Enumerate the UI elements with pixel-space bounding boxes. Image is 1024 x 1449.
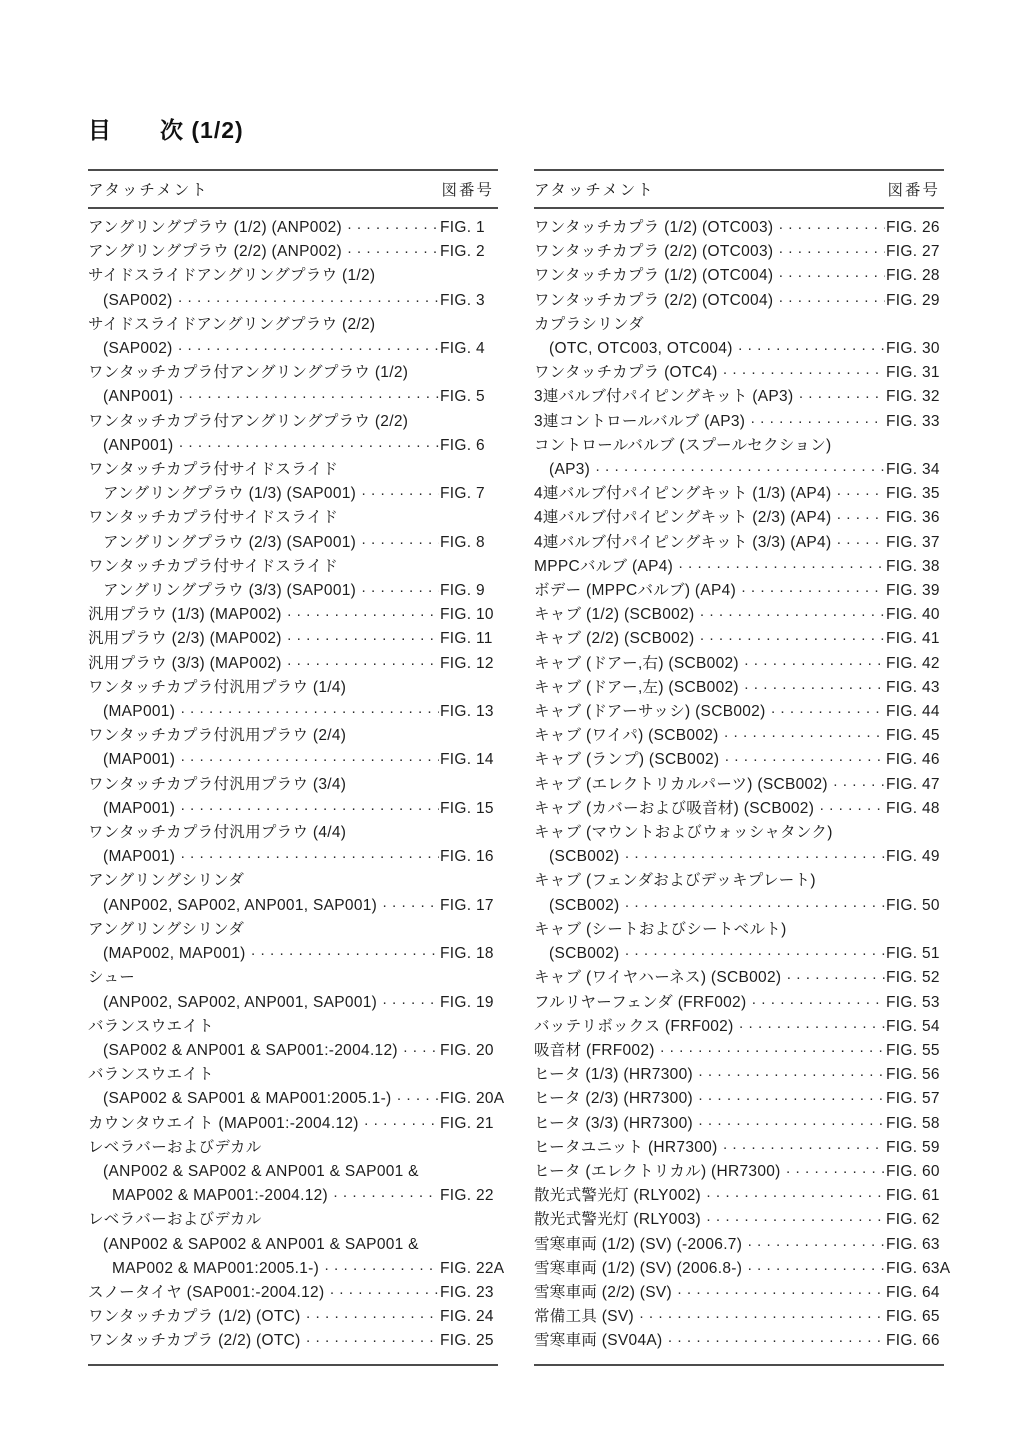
entry-fig-number: FIG. 48 — [886, 797, 944, 821]
toc-entry-line: 吸音材 (FRF002)FIG. 55 — [534, 1039, 944, 1063]
entry-fig-number: FIG. 10 — [440, 603, 498, 627]
dot-leader — [639, 1305, 885, 1329]
entry-fig-number: FIG. 22 — [440, 1184, 498, 1208]
dot-leader — [180, 845, 439, 869]
toc-entry-line: キャブ (ワイヤハーネス) (SCB002)FIG. 52 — [534, 966, 944, 990]
entry-label: アングリングプラウ (3/3) (SAP001) — [103, 579, 356, 603]
dot-leader — [333, 1184, 439, 1208]
toc-entry-line: アングリングシリンダ — [88, 918, 498, 942]
entry-fig-number: FIG. 17 — [440, 894, 498, 918]
dot-leader — [741, 579, 885, 603]
entry-label: 散光式警光灯 (RLY002) — [534, 1184, 701, 1208]
entry-fig-number: FIG. 62 — [886, 1208, 944, 1232]
dot-leader — [287, 603, 439, 627]
entry-fig-number: FIG. 26 — [886, 216, 944, 240]
entry-label: ボデー (MPPCバルブ) (AP4) — [534, 579, 736, 603]
entry-fig-number: FIG. 6 — [440, 434, 498, 458]
entry-label: 汎用プラウ (1/3) (MAP002) — [88, 603, 282, 627]
entry-fig-number: FIG. 45 — [886, 724, 944, 748]
toc-entry-line: ヒータユニット (HR7300)FIG. 59 — [534, 1136, 944, 1160]
entry-fig-number: FIG. 27 — [886, 240, 944, 264]
toc-entry: ワンタッチカプラ (1/2) (OTC004)FIG. 28 — [534, 264, 944, 288]
toc-entry: レベラバーおよびデカル(ANP002 & SAP002 & ANP001 & S… — [88, 1208, 498, 1281]
dot-leader — [251, 942, 439, 966]
entry-label: ワンタッチカプラ (1/2) (OTC003) — [534, 216, 773, 240]
entry-fig-number: FIG. 57 — [886, 1087, 944, 1111]
column-header: アタッチメント 図番号 — [534, 171, 944, 209]
dot-leader — [836, 506, 885, 530]
dot-leader — [178, 337, 439, 361]
dot-leader — [180, 700, 439, 724]
toc-entry: ワンタッチカプラ (1/2) (OTC003)FIG. 26 — [534, 216, 944, 240]
entry-label: 雪寒車両 (2/2) (SV) — [534, 1281, 672, 1305]
entry-label: ワンタッチカプラ (1/2) (OTC) — [88, 1305, 301, 1329]
dot-leader — [723, 1136, 885, 1160]
toc-entry-line: バッテリボックス (FRF002)FIG. 54 — [534, 1015, 944, 1039]
toc-entry-line: (ANP001)FIG. 5 — [88, 385, 498, 409]
entry-label: ワンタッチカプラ (2/2) (OTC003) — [534, 240, 773, 264]
toc-entry-line: (OTC, OTC003, OTC004)FIG. 30 — [534, 337, 944, 361]
toc-entry-line: アングリングプラウ (3/3) (SAP001)FIG. 9 — [88, 579, 498, 603]
toc-entry: スノータイヤ (SAP001:-2004.12)FIG. 23 — [88, 1281, 498, 1305]
toc-entry-line: 4連バルブ付パイピングキット (1/3) (AP4)FIG. 35 — [534, 482, 944, 506]
toc-entry-line: ワンタッチカプラ付アングリングプラウ (1/2) — [88, 361, 498, 385]
toc-entry-line: ワンタッチカプラ (1/2) (OTC004)FIG. 28 — [534, 264, 944, 288]
entry-fig-number: FIG. 35 — [886, 482, 944, 506]
entry-fig-number: FIG. 63 — [886, 1233, 944, 1257]
toc-entry-line: コントロールバルブ (スプールセクション) — [534, 434, 944, 458]
dot-leader — [771, 700, 885, 724]
dot-leader — [624, 845, 885, 869]
entry-label: キャブ (ドアー,左) (SCB002) — [534, 676, 739, 700]
entry-fig-number: FIG. 59 — [886, 1136, 944, 1160]
dot-leader — [744, 652, 885, 676]
toc-entry-line: ワンタッチカプラ付汎用プラウ (2/4) — [88, 724, 498, 748]
dot-leader — [382, 894, 439, 918]
toc-entry-line: (SAP002)FIG. 3 — [88, 289, 498, 313]
toc-entry-line: サイドスライドアングリングプラウ (2/2) — [88, 313, 498, 337]
entry-label: ワンタッチカプラ (OTC4) — [534, 361, 718, 385]
toc-entry: ワンタッチカプラ付汎用プラウ (3/4)(MAP001)FIG. 15 — [88, 773, 498, 821]
entry-fig-number: FIG. 52 — [886, 966, 944, 990]
toc-entry-line: (AP3)FIG. 34 — [534, 458, 944, 482]
dot-leader — [178, 385, 439, 409]
toc-entry: ワンタッチカプラ付サイドスライドアングリングプラウ (2/3) (SAP001)… — [88, 506, 498, 554]
toc-entry-line: ワンタッチカプラ (2/2) (OTC003)FIG. 27 — [534, 240, 944, 264]
entry-label: (MAP001) — [103, 700, 175, 724]
dot-leader — [744, 676, 885, 700]
dot-leader — [403, 1039, 439, 1063]
dot-leader — [382, 991, 439, 1015]
toc-entry: 常備工具 (SV)FIG. 65 — [534, 1305, 944, 1329]
toc-entry: キャブ (1/2) (SCB002)FIG. 40 — [534, 603, 944, 627]
entry-label: ヒータ (1/3) (HR7300) — [534, 1063, 693, 1087]
toc-entry-line: ワンタッチカプラ (2/2) (OTC004)FIG. 29 — [534, 289, 944, 313]
toc-columns: アタッチメント 図番号 アングリングプラウ (1/2) (ANP002)FIG.… — [88, 169, 944, 1366]
entry-label: キャブ (エレクトリカルパーツ) (SCB002) — [534, 773, 828, 797]
toc-entry-line: キャブ (ランプ) (SCB002)FIG. 46 — [534, 748, 944, 772]
toc-entry: ワンタッチカプラ (1/2) (OTC)FIG. 24 — [88, 1305, 498, 1329]
dot-leader — [678, 555, 885, 579]
toc-entry-line: 雪寒車両 (1/2) (SV) (2006.8-)FIG. 63A — [534, 1257, 944, 1281]
entry-label: 4連バルブ付パイピングキット (1/3) (AP4) — [534, 482, 831, 506]
toc-entry-line: ワンタッチカプラ付サイドスライド — [88, 458, 498, 482]
toc-entry: キャブ (シートおよびシートベルト)(SCB002)FIG. 51 — [534, 918, 944, 966]
toc-entry-line: ワンタッチカプラ付汎用プラウ (3/4) — [88, 773, 498, 797]
entry-label: キャブ (カバーおよび吸音材) (SCB002) — [534, 797, 814, 821]
toc-entry: キャブ (エレクトリカルパーツ) (SCB002)FIG. 47 — [534, 773, 944, 797]
dot-leader — [180, 797, 439, 821]
entry-label: 散光式警光灯 (RLY003) — [534, 1208, 701, 1232]
entry-fig-number: FIG. 43 — [886, 676, 944, 700]
dot-leader — [624, 894, 885, 918]
toc-entry-line: ヒータ (2/3) (HR7300)FIG. 57 — [534, 1087, 944, 1111]
entry-fig-number: FIG. 14 — [440, 748, 498, 772]
dot-leader — [706, 1208, 885, 1232]
entry-label: (ANP001) — [103, 385, 173, 409]
dot-leader — [397, 1087, 439, 1111]
entry-fig-number: FIG. 2 — [440, 240, 498, 264]
toc-entry: ヒータ (3/3) (HR7300)FIG. 58 — [534, 1112, 944, 1136]
entry-fig-number: FIG. 23 — [440, 1281, 498, 1305]
dot-leader — [778, 216, 885, 240]
toc-entry-line: ワンタッチカプラ (1/2) (OTC003)FIG. 26 — [534, 216, 944, 240]
entry-fig-number: FIG. 46 — [886, 748, 944, 772]
toc-entry-line: 雪寒車両 (2/2) (SV)FIG. 64 — [534, 1281, 944, 1305]
toc-entry: キャブ (フェンダおよびデッキプレート)(SCB002)FIG. 50 — [534, 869, 944, 917]
toc-entry: サイドスライドアングリングプラウ (1/2)(SAP002)FIG. 3 — [88, 264, 498, 312]
toc-entry-line: (MAP001)FIG. 16 — [88, 845, 498, 869]
toc-entry: MPPCバルブ (AP4)FIG. 38 — [534, 555, 944, 579]
fig-number-header-label: 図番号 — [887, 178, 940, 200]
toc-entry: 雪寒車両 (1/2) (SV) (2006.8-)FIG. 63A — [534, 1257, 944, 1281]
toc-entry: 雪寒車両 (1/2) (SV) (-2006.7)FIG. 63 — [534, 1233, 944, 1257]
toc-entry-line: 3連バルブ付パイピングキット (AP3)FIG. 32 — [534, 385, 944, 409]
entry-fig-number: FIG. 36 — [886, 506, 944, 530]
dot-leader — [287, 627, 439, 651]
toc-entry: ワンタッチカプラ (2/2) (OTC)FIG. 25 — [88, 1329, 498, 1353]
dot-leader — [750, 410, 885, 434]
toc-entry-line: (SAP002)FIG. 4 — [88, 337, 498, 361]
toc-entry-line: ワンタッチカプラ付サイドスライド — [88, 506, 498, 530]
entry-fig-number: FIG. 9 — [440, 579, 498, 603]
toc-entry: バッテリボックス (FRF002)FIG. 54 — [534, 1015, 944, 1039]
dot-leader — [329, 1281, 439, 1305]
toc-entry: 4連バルブ付パイピングキット (2/3) (AP4)FIG. 36 — [534, 506, 944, 530]
entry-fig-number: FIG. 37 — [886, 531, 944, 555]
toc-entry-line: キャブ (2/2) (SCB002)FIG. 41 — [534, 627, 944, 651]
entry-label: (ANP002, SAP002, ANP001, SAP001) — [103, 894, 377, 918]
dot-leader — [660, 1039, 885, 1063]
entry-fig-number: FIG. 15 — [440, 797, 498, 821]
toc-entry: 汎用プラウ (2/3) (MAP002)FIG. 11 — [88, 627, 498, 651]
entry-label: ヒータ (3/3) (HR7300) — [534, 1112, 693, 1136]
dot-leader — [287, 652, 439, 676]
dot-leader — [595, 458, 885, 482]
entry-label: キャブ (ドアーサッシ) (SCB002) — [534, 700, 766, 724]
entry-label: (SAP002) — [103, 289, 173, 313]
entry-label: (SCB002) — [549, 845, 619, 869]
toc-entry-line: (MAP001)FIG. 13 — [88, 700, 498, 724]
toc-entry-line: ワンタッチカプラ付汎用プラウ (4/4) — [88, 821, 498, 845]
attachment-header-label: アタッチメント — [88, 178, 209, 200]
entry-label: (ANP001) — [103, 434, 173, 458]
toc-entry-line: 常備工具 (SV)FIG. 65 — [534, 1305, 944, 1329]
toc-entry-line: (MAP001)FIG. 14 — [88, 748, 498, 772]
toc-entry-line: (SAP002 & ANP001 & SAP001:-2004.12)FIG. … — [88, 1039, 498, 1063]
entry-fig-number: FIG. 5 — [440, 385, 498, 409]
entry-fig-number: FIG. 49 — [886, 845, 944, 869]
entry-fig-number: FIG. 61 — [886, 1184, 944, 1208]
entry-fig-number: FIG. 64 — [886, 1281, 944, 1305]
entry-fig-number: FIG. 32 — [886, 385, 944, 409]
dot-leader — [178, 289, 439, 313]
toc-entry: キャブ (ドアー,右) (SCB002)FIG. 42 — [534, 652, 944, 676]
entry-fig-number: FIG. 21 — [440, 1112, 498, 1136]
entry-label: アングリングプラウ (2/3) (SAP001) — [103, 531, 356, 555]
dot-leader — [738, 337, 885, 361]
toc-entry: 3連バルブ付パイピングキット (AP3)FIG. 32 — [534, 385, 944, 409]
toc-entry-list: アングリングプラウ (1/2) (ANP002)FIG. 1アングリングプラウ … — [88, 209, 498, 1364]
toc-entry-line: 散光式警光灯 (RLY003)FIG. 62 — [534, 1208, 944, 1232]
dot-leader — [819, 797, 885, 821]
entry-label: ヒータ (エレクトリカル) (HR7300) — [534, 1160, 781, 1184]
toc-entry: キャブ (カバーおよび吸音材) (SCB002)FIG. 48 — [534, 797, 944, 821]
entry-label: アングリングプラウ (2/2) (ANP002) — [88, 240, 342, 264]
toc-entry-line: キャブ (ワイパ) (SCB002)FIG. 45 — [534, 724, 944, 748]
entry-label: キャブ (1/2) (SCB002) — [534, 603, 694, 627]
entry-label: キャブ (ワイヤハーネス) (SCB002) — [534, 966, 781, 990]
dot-leader — [180, 748, 439, 772]
entry-label: (MAP002, MAP001) — [103, 942, 246, 966]
entry-label: 雪寒車両 (1/2) (SV) (2006.8-) — [534, 1257, 742, 1281]
toc-entry: 3連コントロールバルブ (AP3)FIG. 33 — [534, 410, 944, 434]
dot-leader — [178, 434, 439, 458]
toc-entry: キャブ (2/2) (SCB002)FIG. 41 — [534, 627, 944, 651]
toc-entry-line: バランスウエイト — [88, 1063, 498, 1087]
entry-label: (AP3) — [549, 458, 590, 482]
entry-fig-number: FIG. 31 — [886, 361, 944, 385]
entry-label: 常備工具 (SV) — [534, 1305, 634, 1329]
entry-label: スノータイヤ (SAP001:-2004.12) — [88, 1281, 324, 1305]
dot-leader — [306, 1329, 439, 1353]
dot-leader — [739, 1015, 885, 1039]
entry-fig-number: FIG. 58 — [886, 1112, 944, 1136]
toc-entry: 吸音材 (FRF002)FIG. 55 — [534, 1039, 944, 1063]
toc-entry: レベラバーおよびデカル(ANP002 & SAP002 & ANP001 & S… — [88, 1136, 498, 1209]
toc-entry-line: (SCB002)FIG. 51 — [534, 942, 944, 966]
toc-entry: 雪寒車両 (2/2) (SV)FIG. 64 — [534, 1281, 944, 1305]
entry-fig-number: FIG. 33 — [886, 410, 944, 434]
entry-label: ヒータユニット (HR7300) — [534, 1136, 718, 1160]
dot-leader — [836, 482, 885, 506]
toc-entry-line: (SCB002)FIG. 50 — [534, 894, 944, 918]
toc-entry-line: 4連バルブ付パイピングキット (3/3) (AP4)FIG. 37 — [534, 531, 944, 555]
dot-leader — [624, 942, 885, 966]
toc-entry-line: キャブ (エレクトリカルパーツ) (SCB002)FIG. 47 — [534, 773, 944, 797]
entry-label: (SCB002) — [549, 942, 619, 966]
dot-leader — [751, 991, 885, 1015]
toc-entry-line: サイドスライドアングリングプラウ (1/2) — [88, 264, 498, 288]
dot-leader — [698, 1087, 885, 1111]
toc-entry: サイドスライドアングリングプラウ (2/2)(SAP002)FIG. 4 — [88, 313, 498, 361]
toc-entry: アングリングシリンダ(ANP002, SAP002, ANP001, SAP00… — [88, 869, 498, 917]
attachment-header-label: アタッチメント — [534, 178, 655, 200]
dot-leader — [786, 1160, 885, 1184]
toc-entry-line: (MAP001)FIG. 15 — [88, 797, 498, 821]
page-title: 目 次 (1/2) — [88, 112, 944, 145]
dot-leader — [699, 603, 885, 627]
toc-entry-line: ワンタッチカプラ (OTC4)FIG. 31 — [534, 361, 944, 385]
entry-fig-number: FIG. 19 — [440, 991, 498, 1015]
dot-leader — [306, 1305, 439, 1329]
toc-entry-line: キャブ (1/2) (SCB002)FIG. 40 — [534, 603, 944, 627]
toc-entry: ヒータ (1/3) (HR7300)FIG. 56 — [534, 1063, 944, 1087]
dot-leader — [706, 1184, 885, 1208]
toc-entry-line: アングリングプラウ (1/3) (SAP001)FIG. 7 — [88, 482, 498, 506]
toc-entry: キャブ (ランプ) (SCB002)FIG. 46 — [534, 748, 944, 772]
entry-label: 4連バルブ付パイピングキット (3/3) (AP4) — [534, 531, 831, 555]
entry-fig-number: FIG. 42 — [886, 652, 944, 676]
toc-entry: ヒータユニット (HR7300)FIG. 59 — [534, 1136, 944, 1160]
entry-label: キャブ (ドアー,右) (SCB002) — [534, 652, 739, 676]
toc-page: 目 次 (1/2) アタッチメント 図番号 アングリングプラウ (1/2) (A… — [0, 0, 1024, 1366]
toc-entry: ワンタッチカプラ (2/2) (OTC004)FIG. 29 — [534, 289, 944, 313]
toc-entry-line: 散光式警光灯 (RLY002)FIG. 61 — [534, 1184, 944, 1208]
entry-fig-number: FIG. 53 — [886, 991, 944, 1015]
toc-entry: 4連バルブ付パイピングキット (1/3) (AP4)FIG. 35 — [534, 482, 944, 506]
toc-entry: ワンタッチカプラ付汎用プラウ (4/4)(MAP001)FIG. 16 — [88, 821, 498, 869]
entry-label: 雪寒車両 (1/2) (SV) (-2006.7) — [534, 1233, 742, 1257]
toc-entry-line: 汎用プラウ (2/3) (MAP002)FIG. 11 — [88, 627, 498, 651]
toc-entry-line: 3連コントロールバルブ (AP3)FIG. 33 — [534, 410, 944, 434]
fig-number-header-label: 図番号 — [441, 178, 494, 200]
entry-label: ワンタッチカプラ (2/2) (OTC004) — [534, 289, 773, 313]
toc-entry: キャブ (マウントおよびウォッシャタンク)(SCB002)FIG. 49 — [534, 821, 944, 869]
dot-leader — [778, 240, 885, 264]
entry-fig-number: FIG. 47 — [886, 773, 944, 797]
dot-leader — [747, 1233, 885, 1257]
entry-label: バッテリボックス (FRF002) — [534, 1015, 734, 1039]
toc-entry-line: (ANP002 & SAP002 & ANP001 & SAP001 & — [88, 1160, 498, 1184]
toc-entry: ヒータ (エレクトリカル) (HR7300)FIG. 60 — [534, 1160, 944, 1184]
dot-leader — [833, 773, 885, 797]
toc-entry-line: スノータイヤ (SAP001:-2004.12)FIG. 23 — [88, 1281, 498, 1305]
entry-fig-number: FIG. 29 — [886, 289, 944, 313]
dot-leader — [361, 531, 439, 555]
entry-label: 4連バルブ付パイピングキット (2/3) (AP4) — [534, 506, 831, 530]
toc-entry-line: (ANP002 & SAP002 & ANP001 & SAP001 & — [88, 1233, 498, 1257]
toc-entry-line: バランスウエイト — [88, 1015, 498, 1039]
toc-entry: フルリヤーフェンダ (FRF002)FIG. 53 — [534, 991, 944, 1015]
entry-fig-number: FIG. 34 — [886, 458, 944, 482]
entry-fig-number: FIG. 39 — [886, 579, 944, 603]
toc-entry: アングリングプラウ (2/2) (ANP002)FIG. 2 — [88, 240, 498, 264]
toc-entry-line: 雪寒車両 (SV04A)FIG. 66 — [534, 1329, 944, 1353]
entry-fig-number: FIG. 41 — [886, 627, 944, 651]
toc-entry-line: ヒータ (3/3) (HR7300)FIG. 58 — [534, 1112, 944, 1136]
entry-label: 3連バルブ付パイピングキット (AP3) — [534, 385, 793, 409]
toc-entry-line: MAP002 & MAP001:2005.1-)FIG. 22A — [88, 1257, 498, 1281]
toc-entry: シュー(ANP002, SAP002, ANP001, SAP001)FIG. … — [88, 966, 498, 1014]
dot-leader — [361, 482, 439, 506]
toc-entry-line: (MAP002, MAP001)FIG. 18 — [88, 942, 498, 966]
toc-entry: ヒータ (2/3) (HR7300)FIG. 57 — [534, 1087, 944, 1111]
entry-label: MAP002 & MAP001:2005.1-) — [112, 1257, 319, 1281]
toc-entry: カプラシリンダ(OTC, OTC003, OTC004)FIG. 30 — [534, 313, 944, 361]
entry-fig-number: FIG. 28 — [886, 264, 944, 288]
entry-label: キャブ (ランプ) (SCB002) — [534, 748, 719, 772]
entry-label: カウンタウエイト (MAP001:-2004.12) — [88, 1112, 359, 1136]
toc-entry-line: ワンタッチカプラ (2/2) (OTC)FIG. 25 — [88, 1329, 498, 1353]
entry-label: MAP002 & MAP001:-2004.12) — [112, 1184, 328, 1208]
entry-fig-number: FIG. 20 — [440, 1039, 498, 1063]
dot-leader — [361, 579, 439, 603]
entry-label: ヒータ (2/3) (HR7300) — [534, 1087, 693, 1111]
dot-leader — [747, 1257, 885, 1281]
entry-label: (SAP002 & ANP001 & SAP001:-2004.12) — [103, 1039, 398, 1063]
toc-entry-line: (SCB002)FIG. 49 — [534, 845, 944, 869]
entry-fig-number: FIG. 40 — [886, 603, 944, 627]
toc-entry-line: キャブ (マウントおよびウォッシャタンク) — [534, 821, 944, 845]
entry-label: (MAP001) — [103, 845, 175, 869]
toc-entry-line: アングリングシリンダ — [88, 869, 498, 893]
entry-label: アングリングプラウ (1/2) (ANP002) — [88, 216, 342, 240]
toc-entry-line: フルリヤーフェンダ (FRF002)FIG. 53 — [534, 991, 944, 1015]
entry-fig-number: FIG. 3 — [440, 289, 498, 313]
entry-label: (SCB002) — [549, 894, 619, 918]
entry-fig-number: FIG. 54 — [886, 1015, 944, 1039]
toc-entry-line: キャブ (ドアー,左) (SCB002)FIG. 43 — [534, 676, 944, 700]
toc-entry-line: 雪寒車両 (1/2) (SV) (-2006.7)FIG. 63 — [534, 1233, 944, 1257]
toc-entry-line: ヒータ (1/3) (HR7300)FIG. 56 — [534, 1063, 944, 1087]
dot-leader — [724, 748, 885, 772]
entry-fig-number: FIG. 7 — [440, 482, 498, 506]
toc-entry: 汎用プラウ (1/3) (MAP002)FIG. 10 — [88, 603, 498, 627]
toc-entry-line: (ANP002, SAP002, ANP001, SAP001)FIG. 17 — [88, 894, 498, 918]
toc-entry-line: 4連バルブ付パイピングキット (2/3) (AP4)FIG. 36 — [534, 506, 944, 530]
entry-fig-number: FIG. 11 — [440, 627, 498, 651]
toc-entry: アングリングプラウ (1/2) (ANP002)FIG. 1 — [88, 216, 498, 240]
entry-fig-number: FIG. 1 — [440, 216, 498, 240]
toc-entry: 雪寒車両 (SV04A)FIG. 66 — [534, 1329, 944, 1353]
toc-entry-line: ワンタッチカプラ付アングリングプラウ (2/2) — [88, 410, 498, 434]
toc-entry: キャブ (ワイヤハーネス) (SCB002)FIG. 52 — [534, 966, 944, 990]
toc-entry-line: レベラバーおよびデカル — [88, 1136, 498, 1160]
entry-fig-number: FIG. 55 — [886, 1039, 944, 1063]
entry-fig-number: FIG. 8 — [440, 531, 498, 555]
toc-entry-line: ボデー (MPPCバルブ) (AP4)FIG. 39 — [534, 579, 944, 603]
entry-fig-number: FIG. 56 — [886, 1063, 944, 1087]
entry-label: キャブ (2/2) (SCB002) — [534, 627, 694, 651]
entry-fig-number: FIG. 38 — [886, 555, 944, 579]
toc-entry-line: ワンタッチカプラ付汎用プラウ (1/4) — [88, 676, 498, 700]
entry-fig-number: FIG. 50 — [886, 894, 944, 918]
entry-fig-number: FIG. 44 — [886, 700, 944, 724]
toc-entry-line: (SAP002 & SAP001 & MAP001:2005.1-)FIG. 2… — [88, 1087, 498, 1111]
dot-leader — [723, 361, 885, 385]
toc-entry: バランスウエイト(SAP002 & SAP001 & MAP001:2005.1… — [88, 1063, 498, 1111]
entry-label: 汎用プラウ (2/3) (MAP002) — [88, 627, 282, 651]
entry-fig-number: FIG. 22A — [440, 1257, 498, 1281]
entry-label: (ANP002, SAP002, ANP001, SAP001) — [103, 991, 377, 1015]
toc-entry-line: (ANP001)FIG. 6 — [88, 434, 498, 458]
entry-fig-number: FIG. 4 — [440, 337, 498, 361]
toc-entry: ワンタッチカプラ付アングリングプラウ (2/2)(ANP001)FIG. 6 — [88, 410, 498, 458]
toc-column-left: アタッチメント 図番号 アングリングプラウ (1/2) (ANP002)FIG.… — [88, 169, 498, 1366]
entry-fig-number: FIG. 66 — [886, 1329, 944, 1353]
dot-leader — [836, 531, 885, 555]
